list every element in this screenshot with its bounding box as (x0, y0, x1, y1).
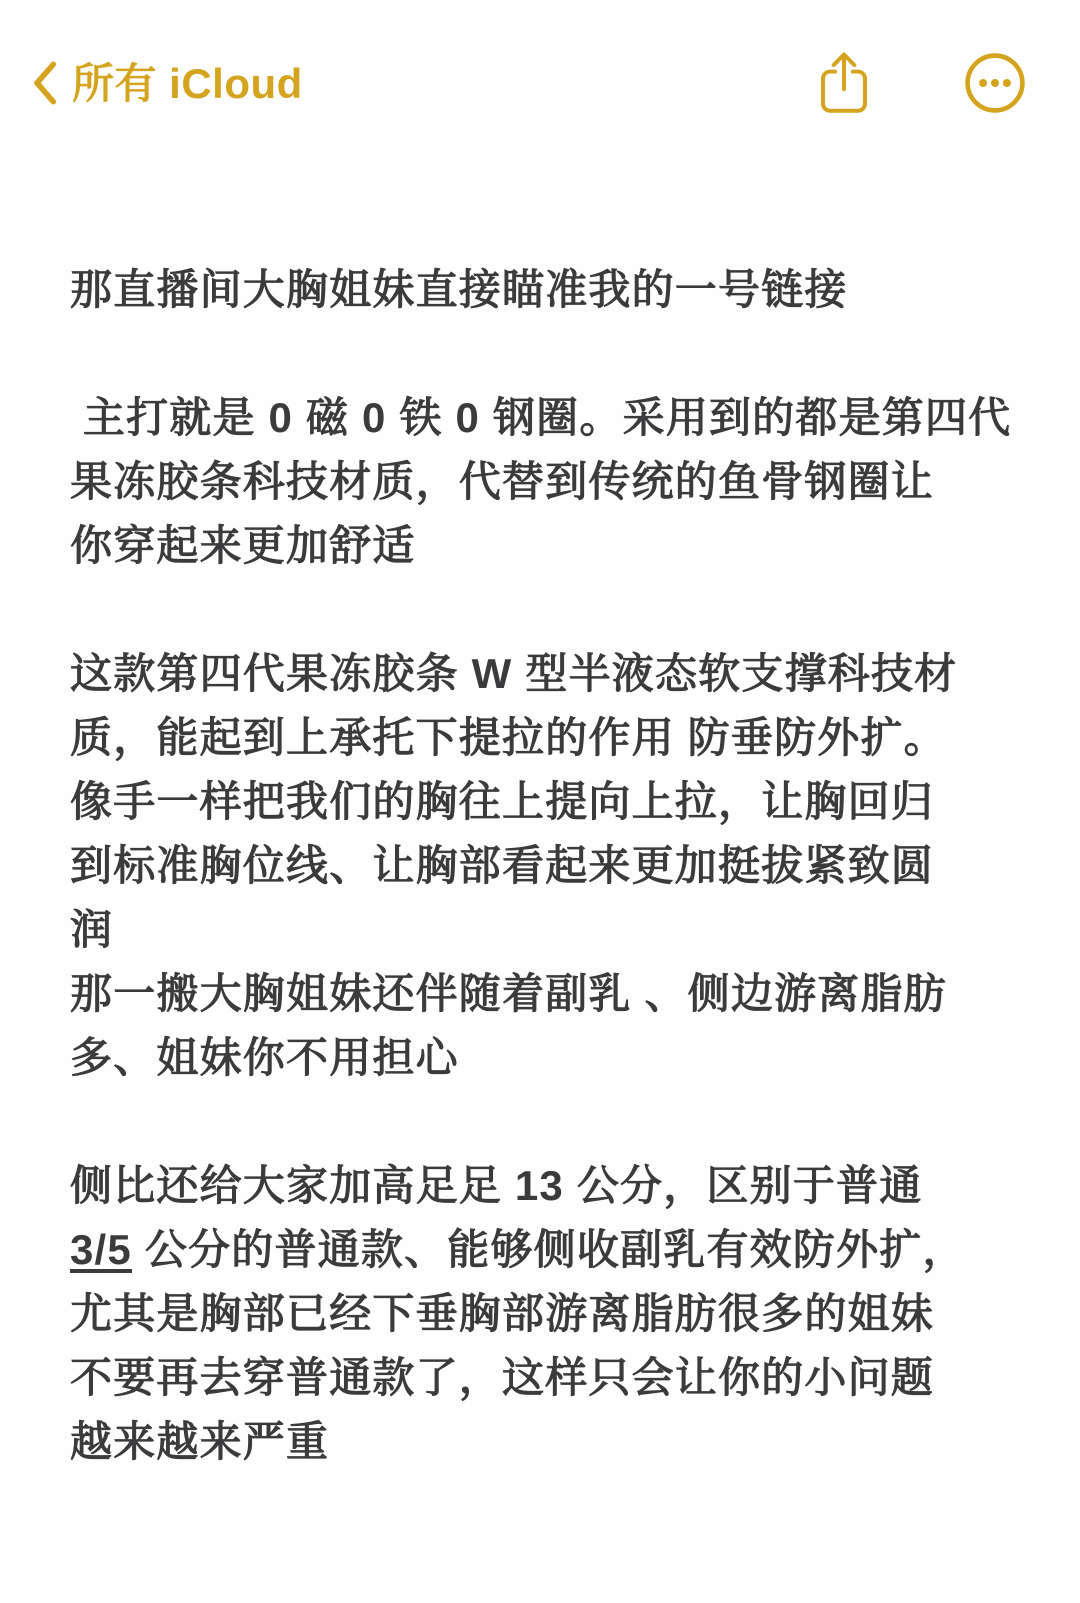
note-text-run: 公分的普通款、能够侧收副乳有效防外扩， (132, 1226, 966, 1273)
note-line: 你穿起来更加舒适 (70, 514, 1028, 578)
note-text-run: 到标准胸位线、让胸部看起来更加挺拔紧致圆 (70, 842, 934, 889)
note-line: 质，能起到上承托下提拉的作用 防垂防外扩。 (70, 706, 1028, 770)
note-line: 尤其是胸部已经下垂胸部游离脂肪很多的姐妹 (70, 1282, 1028, 1346)
note-text-run: 果冻胶条科技材质，代替到传统的鱼骨钢圈让 (70, 458, 934, 505)
note-text-run: 你穿起来更加舒适 (70, 522, 416, 569)
note-text-run: 质，能起到上承托下提拉的作用 防垂防外扩。 (70, 714, 947, 761)
back-button-label: 所有 iCloud (72, 61, 303, 105)
note-blank-line (70, 1090, 1028, 1154)
note-line: 果冻胶条科技材质，代替到传统的鱼骨钢圈让 (70, 450, 1028, 514)
more-button[interactable] (964, 52, 1026, 114)
note-text-run: 不要再去穿普通款了，这样只会让你的小问题 (70, 1354, 934, 1401)
note-line: 到标准胸位线、让胸部看起来更加挺拔紧致圆 (70, 834, 1028, 898)
note-line: 那一搬大胸姐妹还伴随着副乳 、侧边游离脂肪 (70, 962, 1028, 1026)
note-text-run: 多、姐妹你不用担心 (70, 1034, 459, 1081)
note-line: 3/5 公分的普通款、能够侧收副乳有效防外扩， (70, 1218, 1028, 1282)
note-blank-line (70, 578, 1028, 642)
share-icon (816, 48, 872, 118)
note-line: 像手一样把我们的胸往上提向上拉，让胸回归 (70, 770, 1028, 834)
note-text-run: 越来越来严重 (70, 1418, 329, 1465)
navigation-bar: 所有 iCloud (0, 0, 1080, 140)
note-line: 润 (70, 898, 1028, 962)
note-text-run: 主打就是 0 磁 0 铁 0 钢圈。采用到的都是第四代 (70, 394, 1011, 441)
note-text-run: 尤其是胸部已经下垂胸部游离脂肪很多的姐妹 (70, 1290, 934, 1337)
note-text-run: 那一搬大胸姐妹还伴随着副乳 、侧边游离脂肪 (70, 970, 947, 1017)
more-ellipsis-icon (964, 52, 1026, 114)
note-blank-line (70, 322, 1028, 386)
note-line: 主打就是 0 磁 0 铁 0 钢圈。采用到的都是第四代 (70, 386, 1028, 450)
note-text-run: 润 (70, 906, 113, 953)
note-text-run: 这款第四代果冻胶条 W 型半液态软支撑科技材 (70, 650, 957, 697)
note-text-run: 像手一样把我们的胸往上提向上拉，让胸回归 (70, 778, 934, 825)
share-button[interactable] (816, 48, 872, 118)
notes-app-screen: 所有 iCloud 那直播间大胸姐妹直接瞄准我 (0, 0, 1080, 1603)
back-button[interactable]: 所有 iCloud (30, 59, 303, 107)
note-line: 侧比还给大家加高足足 13 公分，区别于普通 (70, 1154, 1028, 1218)
note-line: 这款第四代果冻胶条 W 型半液态软支撑科技材 (70, 642, 1028, 706)
underlined-text: 3/5 (70, 1226, 132, 1273)
note-line: 越来越来严重 (70, 1410, 1028, 1474)
note-line: 那直播间大胸姐妹直接瞄准我的一号链接 (70, 258, 1028, 322)
note-text-run: 那直播间大胸姐妹直接瞄准我的一号链接 (70, 266, 848, 313)
note-line: 多、姐妹你不用担心 (70, 1026, 1028, 1090)
note-line: 不要再去穿普通款了，这样只会让你的小问题 (70, 1346, 1028, 1410)
note-body[interactable]: 那直播间大胸姐妹直接瞄准我的一号链接 主打就是 0 磁 0 铁 0 钢圈。采用到… (70, 258, 1028, 1474)
chevron-left-icon (30, 59, 58, 107)
note-text-run: 侧比还给大家加高足足 13 公分，区别于普通 (70, 1162, 922, 1209)
